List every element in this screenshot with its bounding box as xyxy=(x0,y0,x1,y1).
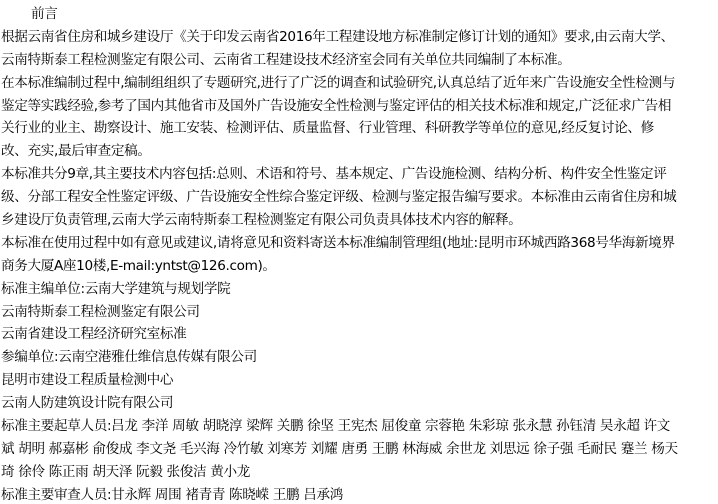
paragraph-line: 关行业的业主、勘察设计、施工安装、检测评估、质量监督、行业管理、科研教学等单位的… xyxy=(1,117,718,140)
participating-unit: 云南人防建筑设计院有限公司 xyxy=(1,392,718,415)
chief-editor-unit: 云南省建设工程经济研究室标准 xyxy=(1,323,718,346)
participating-unit: 昆明市建设工程质量检测中心 xyxy=(1,369,718,392)
chief-editor-unit: 云南特斯泰工程检测鉴定有限公司 xyxy=(1,301,718,324)
chief-editor-unit: 标准主编单位:云南大学建筑与规划学院 xyxy=(1,278,718,301)
paragraph-line: 乡建设厅负责管理,云南大学云南特斯泰工程检测鉴定有限公司负责具体技术内容的解释。 xyxy=(1,209,718,232)
drafters-list: 斌 胡明 郝嘉彬 俞俊成 李文尧 毛兴海 冷竹敏 刘寒芳 刘耀 唐勇 王鹏 林海… xyxy=(1,438,718,461)
paragraph-line: 在本标准编制过程中,编制组组织了专题研究,进行了广泛的调查和试验研究,认真总结了… xyxy=(1,72,718,95)
paragraph-line: 本标准共分9章,其主要技术内容包括:总则、术语和符号、基本规定、广告设施检测、结… xyxy=(1,163,718,186)
drafters-list: 琦 徐伶 陈正雨 胡天泽 阮毅 张俊洁 黄小龙 xyxy=(1,461,718,484)
paragraph-line: 改、充实,最后审查定稿。 xyxy=(1,140,718,163)
paragraph-line: 本标准在使用过程中如有意见或建议,请将意见和资料寄送本标准编制管理组(地址:昆明… xyxy=(1,232,718,255)
document-page: 前言 根据云南省住房和城乡建设厅《关于印发云南省2016年工程建设地方标准制定修… xyxy=(0,0,718,504)
paragraph-line: 根据云南省住房和城乡建设厅《关于印发云南省2016年工程建设地方标准制定修订计划… xyxy=(1,26,718,49)
participating-unit: 参编单位:云南空港雅仕维信息传媒有限公司 xyxy=(1,346,718,369)
reviewers-list: 标准主要审查人员:甘永辉 周围 褚青青 陈晓嵘 王鹏 吕承鸿 xyxy=(1,484,718,504)
section-heading: 前言 xyxy=(1,3,718,26)
paragraph-line: 云南特斯泰工程检测鉴定有限公司、云南省工程建设技术经济室会同有关单位共同编制了本… xyxy=(1,49,718,72)
drafters-list: 标准主要起草人员:吕龙 李洋 周敏 胡晓淳 梁辉 关鹏 徐坚 王宪杰 屈俊童 宗… xyxy=(1,415,718,438)
paragraph-line: 商务大厦A座10楼,E-mail:yntst@126.com)。 xyxy=(1,255,718,278)
paragraph-line: 鉴定等实践经验,参考了国内其他省市及国外广告设施安全性检测与鉴定评估的相关技术标… xyxy=(1,95,718,118)
paragraph-line: 级、分部工程安全性鉴定评级、广告设施安全性综合鉴定评级、检测与鉴定报告编写要求。… xyxy=(1,186,718,209)
